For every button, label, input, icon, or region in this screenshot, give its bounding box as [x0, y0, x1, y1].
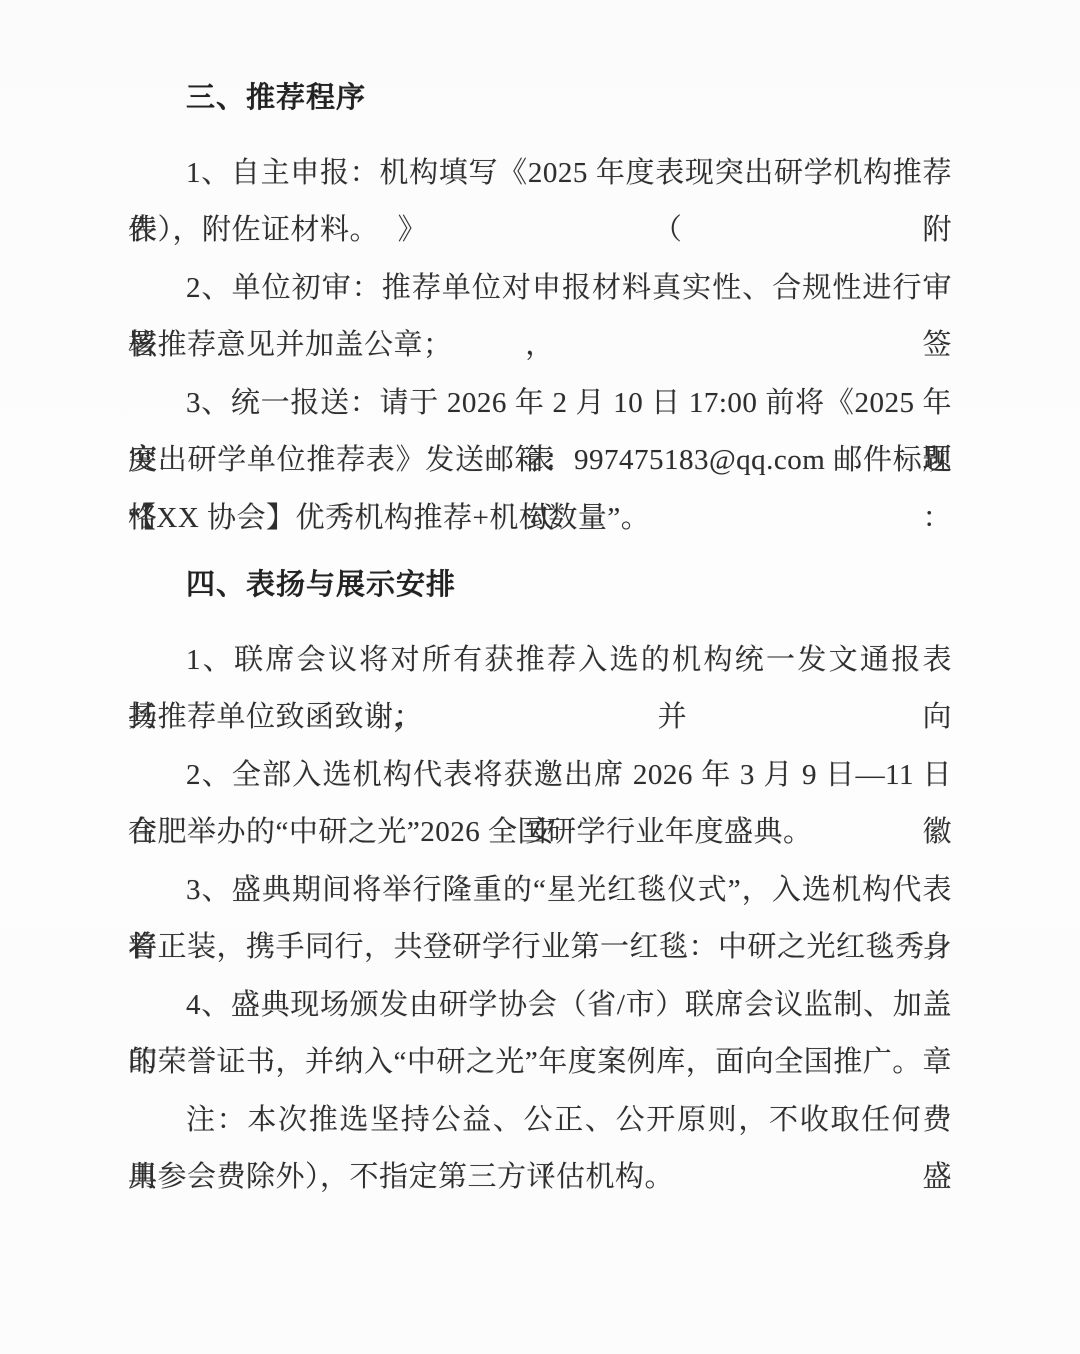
paragraph-line: 2、单位初审：推荐单位对申报材料真实性、合规性进行审核，签: [128, 260, 952, 318]
section-heading-commendation: 四、表扬与展示安排: [128, 557, 952, 615]
paragraph-line: 注：本次推选坚持公益、公正、公开原则，不收取任何费用（盛: [128, 1092, 952, 1150]
paragraph-line: 1、自主申报：机构填写《2025 年度表现突出研学机构推荐表》（附: [128, 145, 952, 203]
paragraph-line: 1、联席会议将对所有获推荐入选的机构统一发文通报表扬，并向: [128, 632, 952, 690]
paragraph-line: 4、盛典现场颁发由研学协会（省/市）联席会议监制、加盖印章: [128, 977, 952, 1035]
paragraph-line: 突出研学单位推荐表》发送邮箱：997475183@qq.com 邮件标题格式：: [128, 432, 952, 490]
paragraph-line: 3、统一报送：请于 2026 年 2 月 10 日 17:00 前将《2025 …: [128, 375, 952, 433]
paragraph-line: 的荣誉证书，并纳入“中研之光”年度案例库，面向全国推广。: [128, 1034, 952, 1092]
paragraph-line: 3、盛典期间将举行隆重的“星光红毯仪式”，入选机构代表将身: [128, 862, 952, 920]
paragraph-line: 2、全部入选机构代表将获邀出席 2026 年 3 月 9 日—11 日在安徽: [128, 747, 952, 805]
paragraph-line: 着正装，携手同行，共登研学行业第一红毯：中研之光红毯秀；: [128, 919, 952, 977]
document-page: 三、推荐程序 1、自主申报：机构填写《2025 年度表现突出研学机构推荐表》（附…: [0, 0, 1080, 1354]
section-heading-procedure: 三、推荐程序: [128, 70, 952, 128]
